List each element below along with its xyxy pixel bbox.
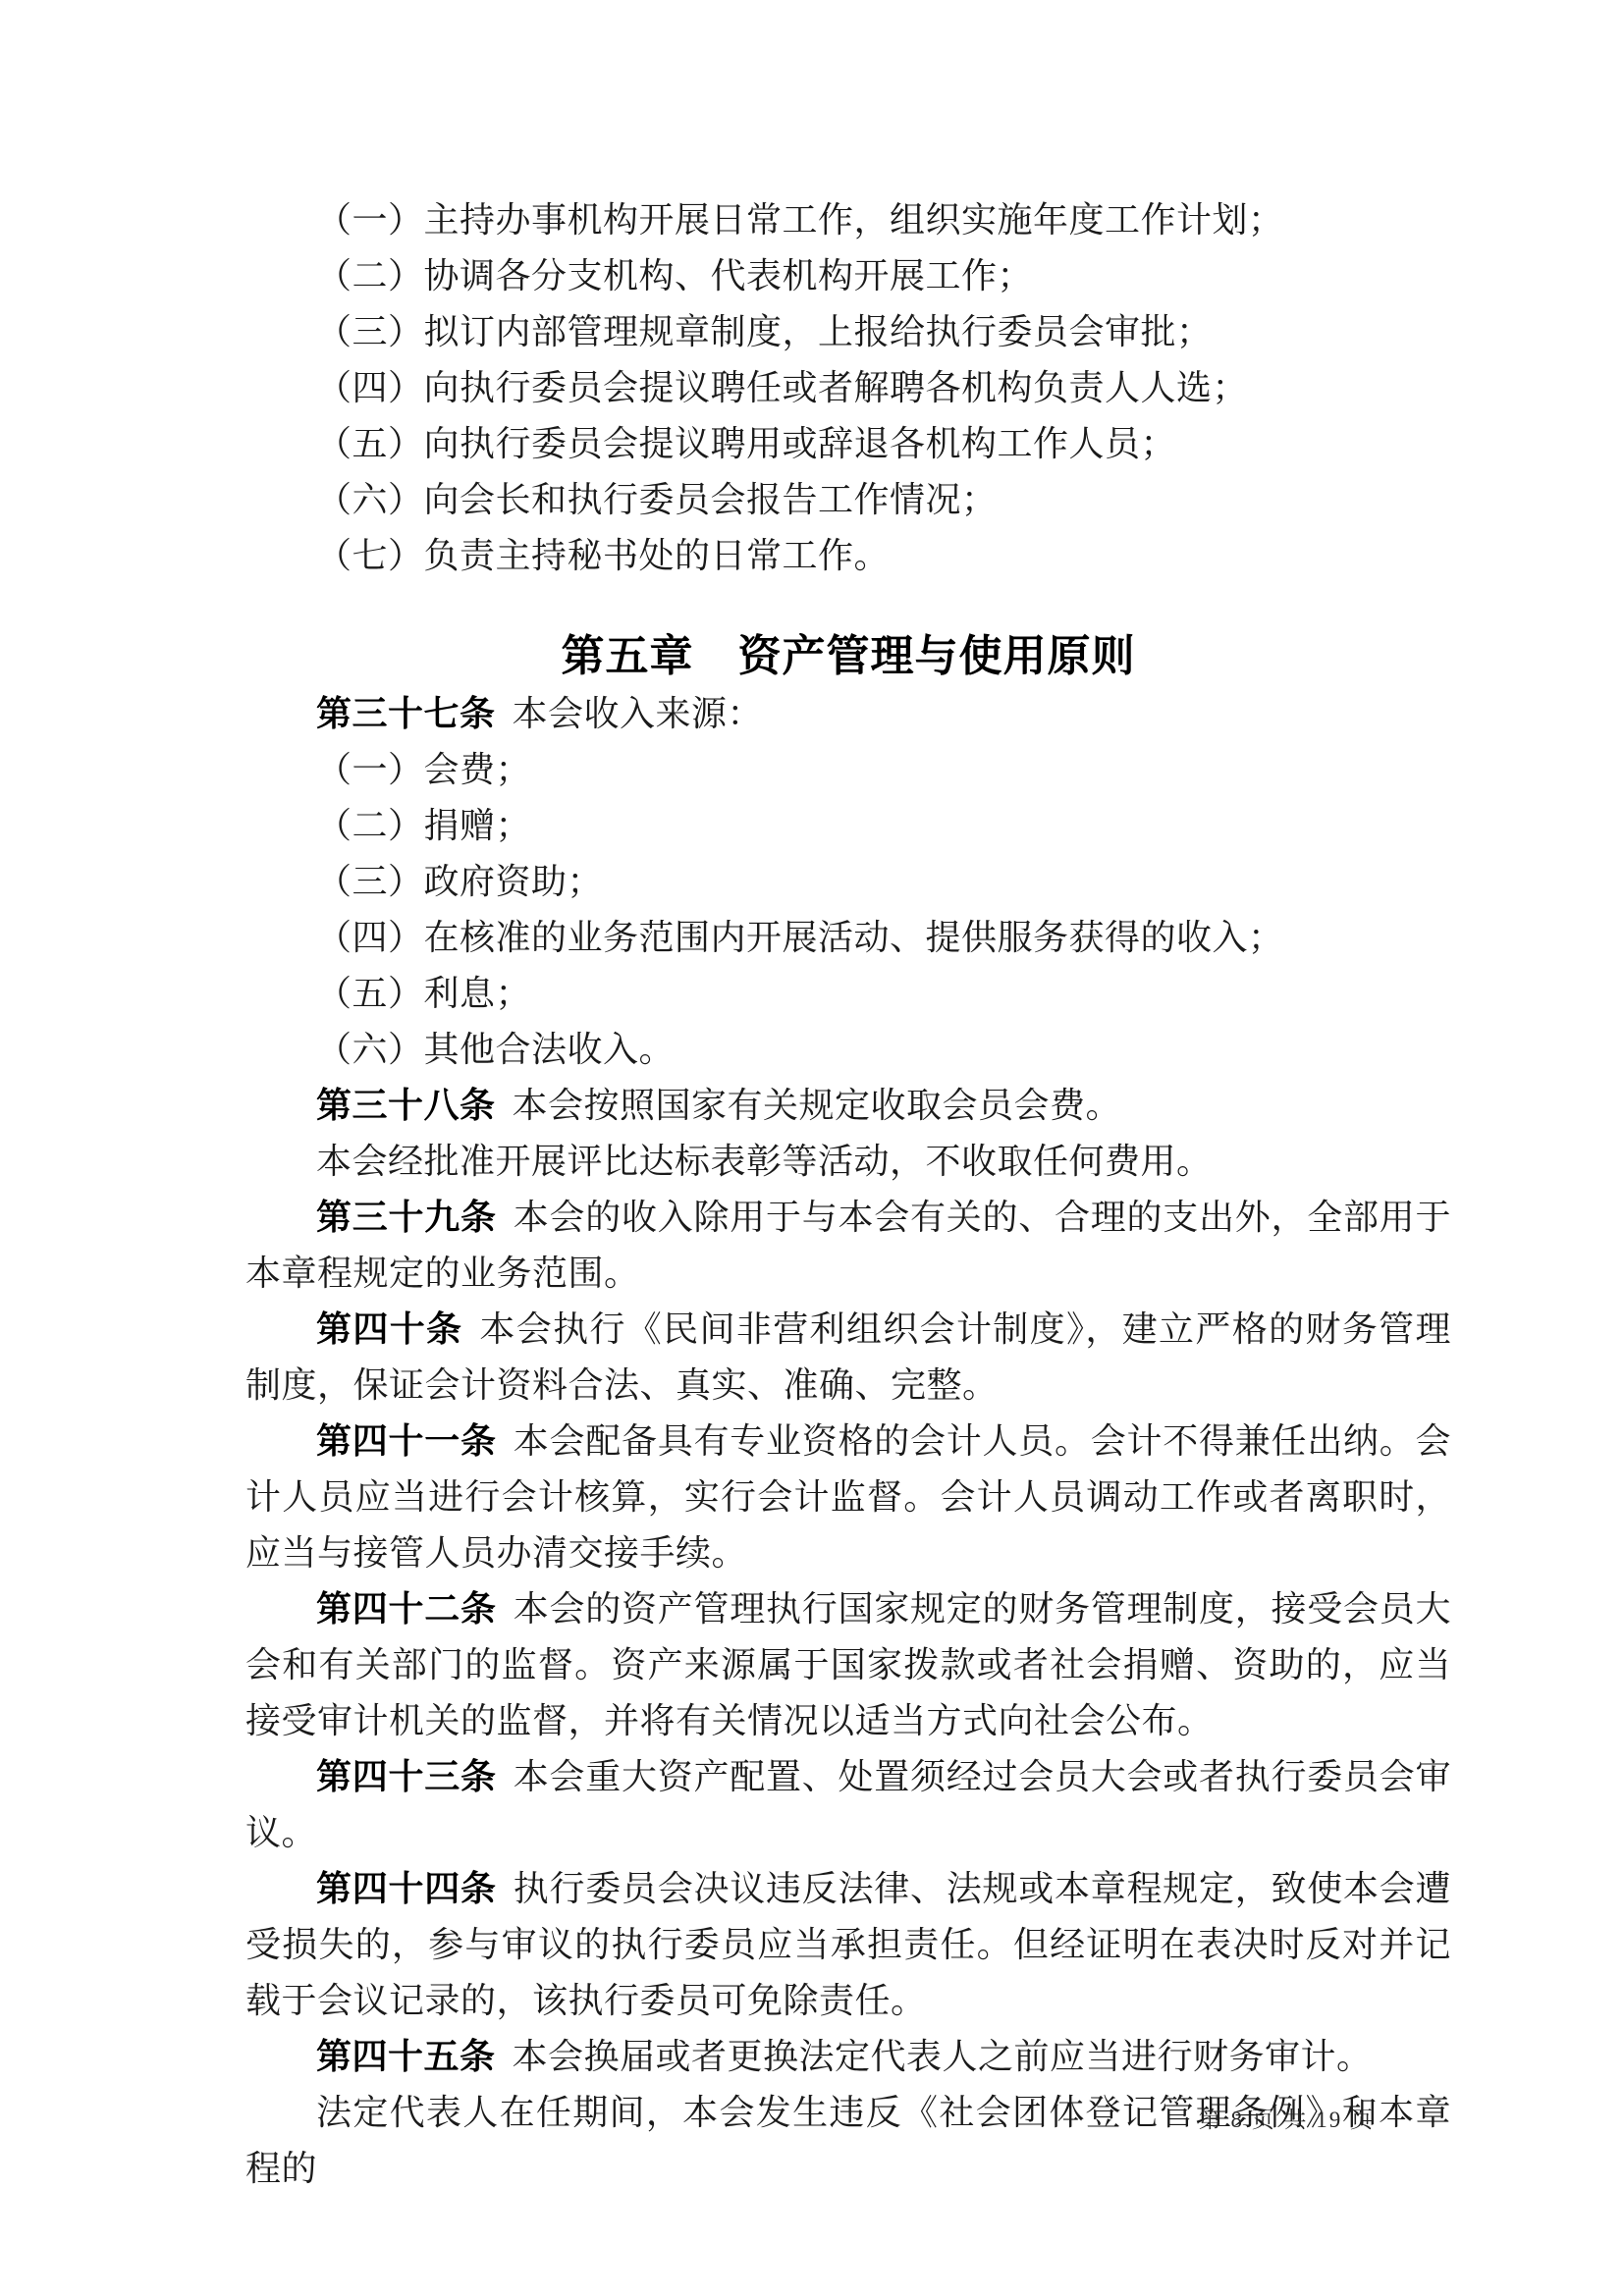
document-body: （一）主持办事机构开展日常工作，组织实施年度工作计划；（二）协调各分支机构、代表… — [245, 192, 1451, 2197]
article-number-label: 第四十二条 — [316, 1589, 514, 1629]
list-item: （七）负责主持秘书处的日常工作。 — [245, 528, 1451, 584]
article-paragraph: 第三十九条本会的收入除用于与本会有关的、合理的支出外，全部用于本章程规定的业务范… — [245, 1190, 1451, 1302]
article-paragraph: 第四十一条本会配备具有专业资格的会计人员。会计不得兼任出纳。会计人员应当进行会计… — [245, 1414, 1451, 1581]
list-item: （五）利息； — [245, 966, 1451, 1022]
article-text: 本会收入来源： — [513, 694, 764, 733]
chapter-heading: 第五章 资产管理与使用原则 — [245, 627, 1451, 686]
document-page: （一）主持办事机构开展日常工作，组织实施年度工作计划；（二）协调各分支机构、代表… — [0, 0, 1624, 2296]
list-item: （三）政府资助； — [245, 854, 1451, 910]
list-item: （二）协调各分支机构、代表机构开展工作； — [245, 248, 1451, 304]
list-item: （二）捐赠； — [245, 798, 1451, 854]
article-paragraph: 第四十二条本会的资产管理执行国家规定的财务管理制度，接受会员大会和有关部门的监督… — [245, 1581, 1451, 1749]
list-item: （六）其他合法收入。 — [245, 1022, 1451, 1078]
list-item: （六）向会长和执行委员会报告工作情况； — [245, 472, 1451, 528]
article-number-label: 第四十一条 — [316, 1421, 514, 1461]
body-paragraph: 法定代表人在任期间，本会发生违反《社会团体登记管理条例》和本章程的 — [245, 2085, 1451, 2197]
page-number: 第 8 页 共 19 页 — [1199, 2108, 1375, 2132]
article-paragraph: 第三十八条本会按照国家有关规定收取会员会费。 — [245, 1078, 1451, 1134]
article-text: 本会换届或者更换法定代表人之前应当进行财务审计。 — [513, 2037, 1373, 2076]
article-paragraph: 第三十七条本会收入来源： — [245, 686, 1451, 742]
list-item: （四）在核准的业务范围内开展活动、提供服务获得的收入； — [245, 910, 1451, 966]
article-text: 本会按照国家有关规定收取会员会费。 — [513, 1086, 1122, 1125]
article-paragraph: 第四十三条本会重大资产配置、处置须经过会员大会或者执行委员会审议。 — [245, 1749, 1451, 1861]
article-number-label: 第四十四条 — [316, 1869, 514, 1908]
article-number-label: 第四十五条 — [316, 2037, 513, 2076]
list-item: （四）向执行委员会提议聘任或者解聘各机构负责人人选； — [245, 360, 1451, 416]
body-paragraph: 本会经批准开展评比达标表彰等活动，不收取任何费用。 — [245, 1134, 1451, 1190]
article-number-label: 第三十九条 — [316, 1198, 514, 1237]
list-item: （一）主持办事机构开展日常工作，组织实施年度工作计划； — [245, 192, 1451, 248]
article-number-label: 第四十三条 — [316, 1757, 514, 1796]
article-number-label: 第四十条 — [316, 1309, 479, 1349]
page-footer: 第 8 页 共 19 页 — [1199, 2107, 1375, 2134]
list-item: （五）向执行委员会提议聘用或辞退各机构工作人员； — [245, 416, 1451, 472]
article-paragraph: 第四十四条执行委员会决议违反法律、法规或本章程规定，致使本会遭受损失的，参与审议… — [245, 1861, 1451, 2029]
article-paragraph: 第四十五条本会换届或者更换法定代表人之前应当进行财务审计。 — [245, 2029, 1451, 2085]
list-item: （三）拟订内部管理规章制度，上报给执行委员会审批； — [245, 304, 1451, 360]
list-item: （一）会费； — [245, 742, 1451, 798]
article-paragraph: 第四十条本会执行《民间非营利组织会计制度》，建立严格的财务管理制度，保证会计资料… — [245, 1302, 1451, 1414]
article-number-label: 第三十七条 — [316, 694, 513, 733]
article-number-label: 第三十八条 — [316, 1086, 513, 1125]
